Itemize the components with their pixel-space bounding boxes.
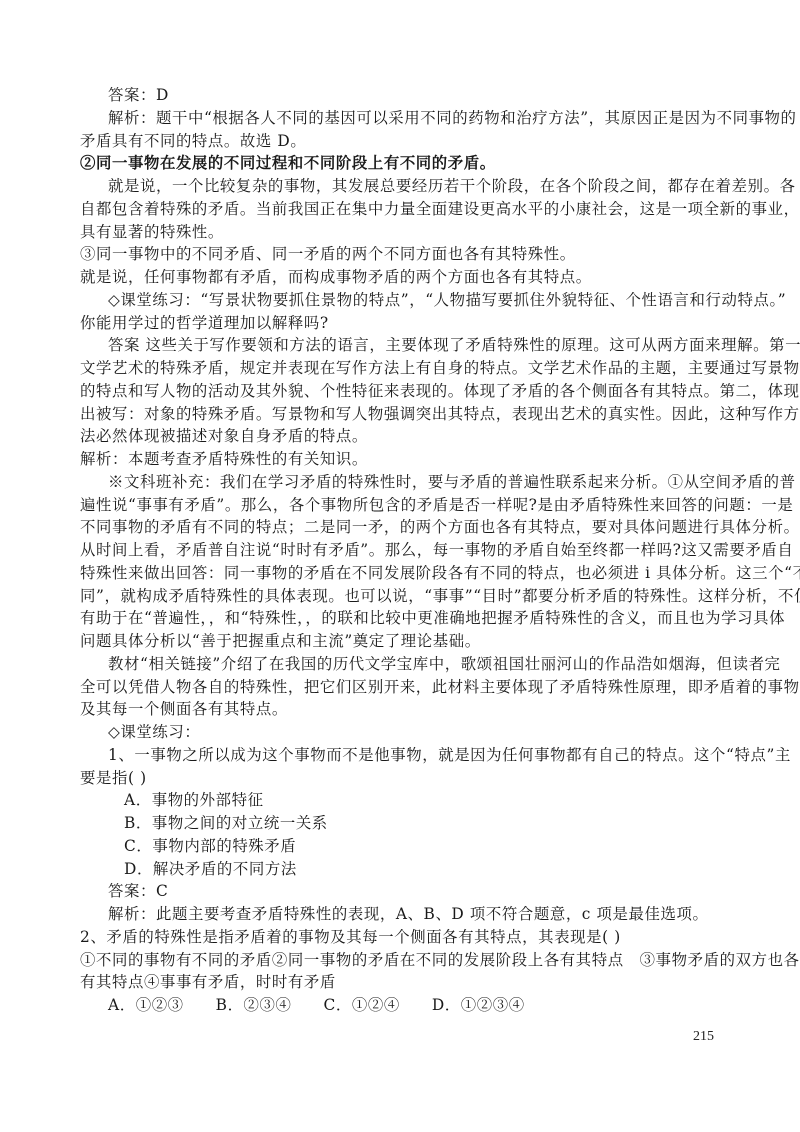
- paragraph-line: 具有显著的特殊性。: [80, 221, 720, 244]
- paragraph-line: 就是说，任何事物都有矛盾，而构成事物矛盾的两个方面也各有其特点。: [80, 266, 720, 289]
- question-2: 2、矛盾的特殊性是指矛盾着的事物及其每一个侧面各有其特点，其表现是( ): [80, 926, 720, 949]
- analysis-line: 解析：此题主要考查矛盾特殊性的表现，A、B、D 项不符合题意，c 项是最佳选项。: [80, 903, 720, 926]
- page-number: 215: [693, 1029, 714, 1045]
- section-heading-3: ③同一事物中的不同矛盾、同一矛盾的两个不同方面也各有其特殊性。: [80, 243, 720, 266]
- question-1: 1、一事物之所以成为这个事物而不是他事物，就是因为任何事物都有自己的特点。这个“…: [80, 744, 720, 767]
- supplement-paragraph: 不同事物的矛盾有不同的特点；二是同一矛，的两个方面也各有其特点，要对具体问题进行…: [80, 516, 720, 539]
- analysis-line: 解析：本题考查矛盾特殊性的有关知识。: [80, 448, 720, 471]
- section-heading-2: ②同一事物在发展的不同过程和不同阶段上有不同的矛盾。: [80, 152, 720, 175]
- answer-paragraph: 的特点和写人物的活动及其外貌、个性特征来表现的。体现了矛盾的各个侧面各有其特点。…: [80, 380, 720, 403]
- exercise-prompt: ◇课堂练习：“写景状物要抓住景物的特点”，“人物描写要抓住外貌特征、个性语言和行…: [80, 289, 720, 312]
- option-d: D．解决矛盾的不同方法: [80, 858, 720, 881]
- textbook-paragraph: 及其每一个侧面各有其特点。: [80, 698, 720, 721]
- textbook-paragraph: 全可以凭借人物各自的特殊性，把它们区别开来，此材料主要体现了矛盾特殊性原理，即矛…: [80, 676, 720, 699]
- paragraph-line: 自都包含着特殊的矛盾。当前我国正在集中力量全面建设更高水平的小康社会，这是一项全…: [80, 198, 720, 221]
- question-1-cont: 要是指( ): [80, 767, 720, 790]
- textbook-paragraph: 教材“相关链接”介绍了在我国的历代文学宝库中，歌颂祖国壮丽河山的作品浩如烟海，但…: [80, 653, 720, 676]
- supplement-paragraph: 遍性说“事事有矛盾”。那么，各个事物所包含的矛盾是否一样呢?是由矛盾特殊性来回答…: [80, 494, 720, 517]
- supplement-paragraph: 特殊性来做出回答：同一事物的矛盾在不同发展阶段各有不同的特点，也必须进 i 具体…: [80, 562, 720, 585]
- question-2-items-cont: 有其特点④事事有矛盾，时时有矛盾: [80, 971, 720, 994]
- answer-paragraph: 答案 这些关于写作要领和方法的语言，主要体现了矛盾特殊性的原理。这可从两方面来理…: [80, 334, 720, 357]
- supplement-paragraph: 从时间上看，矛盾普自注说“时时有矛盾”。那么，每一事物的矛盾自始至终都一样吗?这…: [80, 539, 720, 562]
- document-page: 答案：D 解析：题干中“根据各人不同的基因可以采用不同的药物和治疗方法”，其原因…: [80, 84, 720, 1017]
- option-a: A．事物的外部特征: [80, 789, 720, 812]
- supplement-paragraph: 有助于在“普遍性，，和“特殊性，，的联和比较中更准确地把握矛盾特殊性的含义，而且…: [80, 607, 720, 630]
- option-b: B．事物之间的对立统一关系: [80, 812, 720, 835]
- answer-paragraph: 法必然体现被描述对象自身矛盾的特点。: [80, 425, 720, 448]
- question-2-items: ①不同的事物有不同的矛盾②同一事物的矛盾在不同的发展阶段上各有其特点 ③事物矛盾…: [80, 949, 720, 972]
- supplement-paragraph: ※文科班补充：我们在学习矛盾的特殊性时，要与矛盾的普遍性联系起来分析。①从空间矛…: [80, 471, 720, 494]
- exercise-heading: ◇课堂练习：: [80, 721, 720, 744]
- answer-paragraph: 文学艺术的特殊矛盾，规定并表现在写作方法上有自身的特点。文学艺术作品的主题，主要…: [80, 357, 720, 380]
- analysis-line: 解析：题干中“根据各人不同的基因可以采用不同的药物和治疗方法”，其原因正是因为不…: [80, 107, 720, 130]
- option-c: C．事物内部的特殊矛盾: [80, 835, 720, 858]
- question-2-options: A．①②③ B．②③④ C．①②④ D．①②③④: [80, 994, 720, 1017]
- exercise-prompt-cont: 你能用学过的哲学道理加以解释吗?: [80, 312, 720, 335]
- answer-line: 答案：D: [80, 84, 720, 107]
- supplement-paragraph: 问题具体分析以“善于把握重点和主流”奠定了理论基础。: [80, 630, 720, 653]
- analysis-line-cont: 矛盾具有不同的特点。故选 D。: [80, 130, 720, 153]
- answer-line: 答案：C: [80, 880, 720, 903]
- paragraph-line: 就是说，一个比较复杂的事物，其发展总要经历若干个阶段，在各个阶段之间，都存在着差…: [80, 175, 720, 198]
- answer-paragraph: 出被写：对象的特殊矛盾。写景物和写人物强调突出其特点，表现出艺术的真实性。因此，…: [80, 403, 720, 426]
- supplement-paragraph: 同”，就构成矛盾特殊性的具体表现。也可以说，“事事”“目时”都要分析矛盾的特殊性…: [80, 585, 720, 608]
